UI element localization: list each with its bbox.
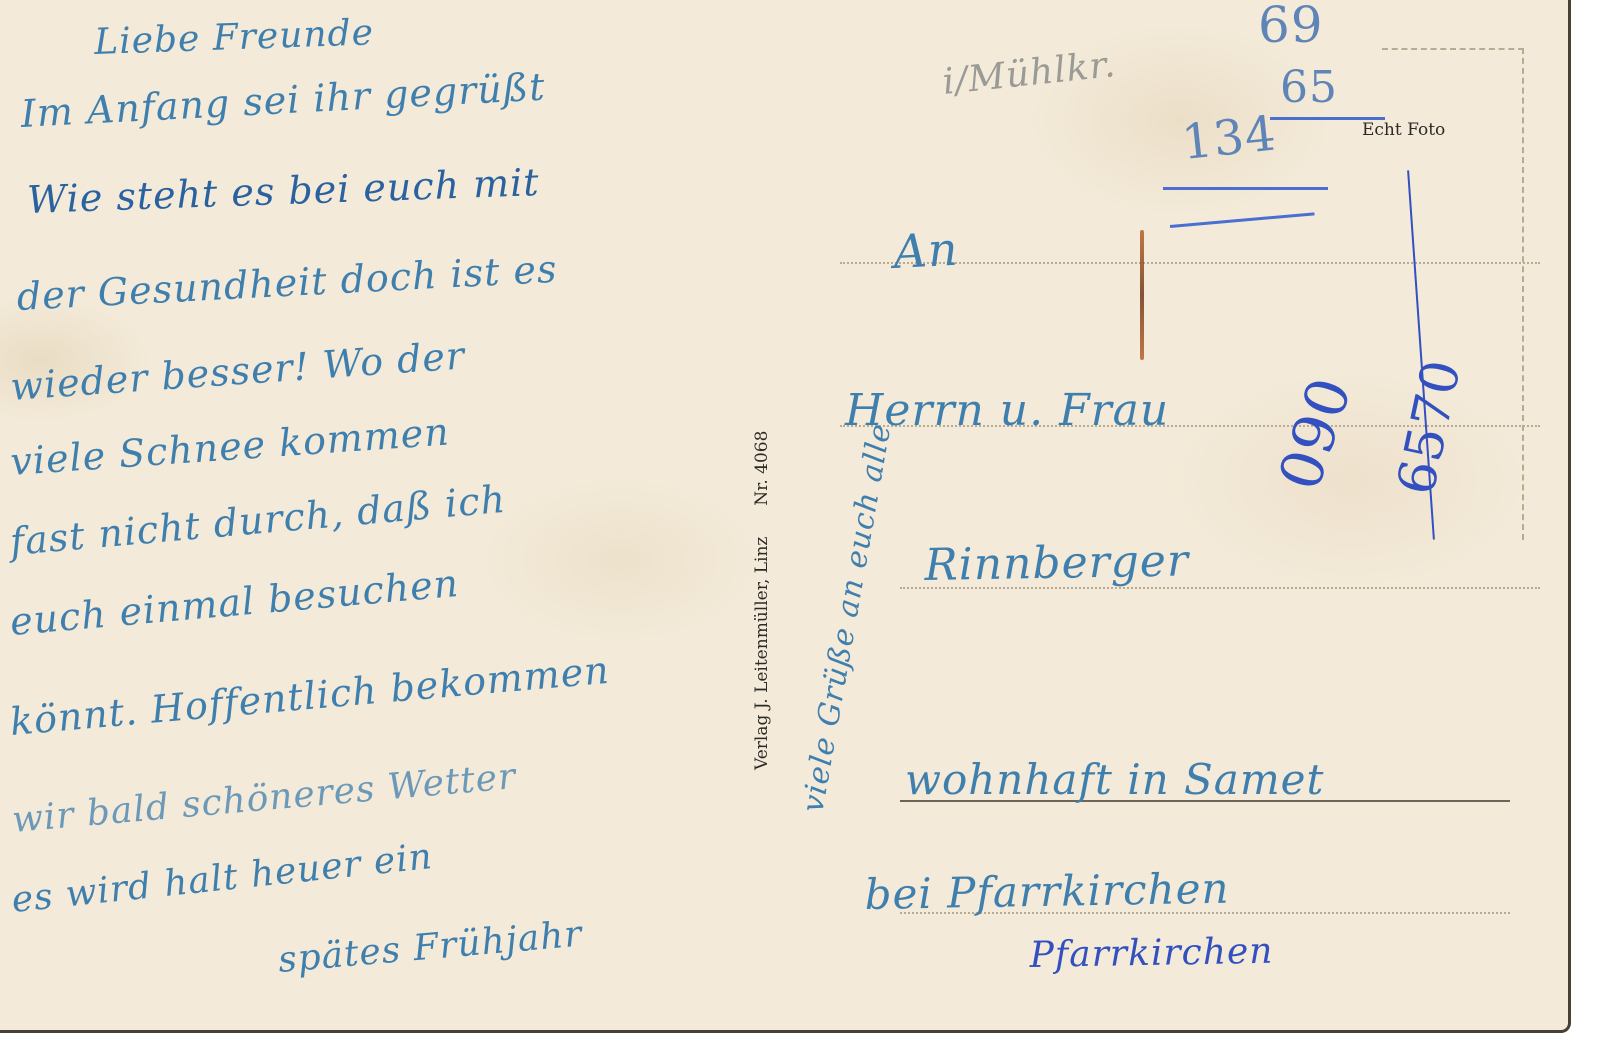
message-line: könnt. Hoffentlich bekommen (8, 648, 611, 744)
pencil-note: i/Mühlkr. (941, 44, 1118, 103)
rust-stain (1140, 230, 1144, 360)
message-line: spätes Frühjahr (276, 914, 584, 981)
address-correction: Pfarrkirchen (1029, 931, 1273, 976)
address-line: Herrn u. Frau (845, 385, 1169, 436)
address-line: bei Pfarrkirchen (864, 864, 1230, 919)
sum-rule (1270, 117, 1385, 120)
message-line: fast nicht durch, daß ich (8, 477, 507, 564)
publisher-name: Verlag J. Leitenmüller, Linz (752, 537, 772, 770)
margin-note: viele Grüße an euch alle (796, 420, 899, 815)
message-line: Liebe Freunde (94, 12, 375, 63)
message-line: viele Schnee kommen (9, 409, 451, 484)
photo-label: Echt Foto (1362, 120, 1445, 140)
sum-middle: 65 (1280, 62, 1338, 113)
rotated-number-1: 090 (1265, 369, 1365, 498)
message-line: der Gesundheit doch ist es (16, 247, 559, 319)
publisher-imprint: Verlag J. Leitenmüller, Linz Nr. 4068 (752, 431, 772, 770)
card-number: Nr. 4068 (752, 431, 772, 506)
message-line: Im Anfang sei ihr gegrüßt (20, 65, 547, 136)
postcard-back: Echt Foto Verlag J. Leitenmüller, Linz N… (0, 0, 1571, 1033)
message-line: Wie steht es bei euch mit (26, 160, 540, 222)
underline-1 (1163, 187, 1328, 190)
sum-top: 69 (1258, 0, 1324, 54)
message-line: es wird halt heuer ein (10, 836, 435, 921)
message-line: wieder besser! Wo der (9, 333, 466, 409)
message-line: wir bald schöneres Wetter (10, 756, 517, 841)
sum-result: 134 (1179, 105, 1279, 171)
address-line: wohnhaft in Samet (905, 755, 1324, 804)
address-line: An (892, 222, 960, 279)
address-line: Rinnberger (924, 535, 1189, 591)
message-line: euch einmal besuchen (8, 561, 460, 644)
underline-2 (1170, 212, 1315, 228)
